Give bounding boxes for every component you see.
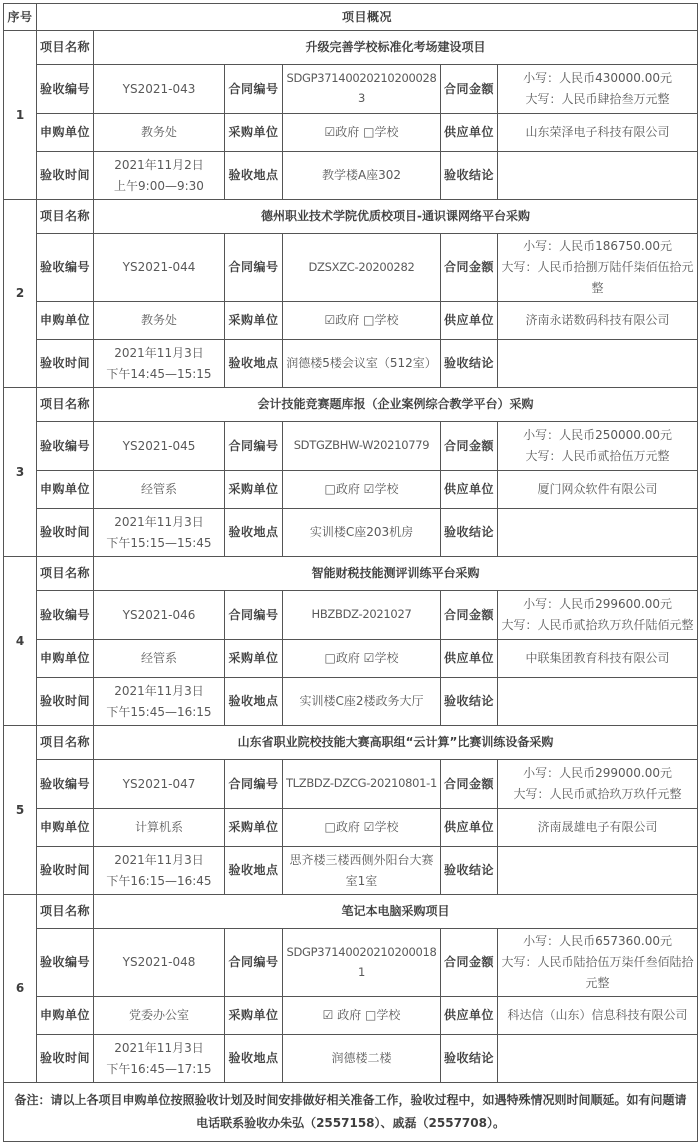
acceptance-time-range: 下午16:45—17:15: [96, 1059, 222, 1080]
codes-row: 验收编号 YS2021-043 合同编号 SDGP371400202102000…: [4, 65, 698, 114]
project-name-value: 笔记本电脑采购项目: [94, 895, 698, 929]
codes-row: 验收编号 YS2021-045 合同编号 SDTGZBHW-W20210779 …: [4, 422, 698, 471]
acceptance-no-label: 验收编号: [37, 591, 94, 640]
project-name-label: 项目名称: [37, 388, 94, 422]
acceptance-time-label: 验收时间: [37, 509, 94, 557]
acceptance-conclusion-label: 验收结论: [441, 340, 498, 388]
acceptance-place-label: 验收地点: [225, 340, 283, 388]
amount-numeric: 小写：人民币186750.00元: [501, 236, 694, 257]
acceptance-place-value: 教学楼A座302: [283, 152, 441, 200]
time-row: 验收时间 2021年11月3日 下午15:45—16:15 验收地点 实训楼C座…: [4, 678, 698, 726]
acceptance-date: 2021年11月3日: [96, 512, 222, 533]
contract-no-value: TLZBDZ-DZCG-20210801-1: [283, 760, 441, 809]
acceptance-place-value: 思齐楼三楼西侧外阳台大赛室1室: [283, 847, 441, 895]
amount-capital: 大写：人民币肆拾叁万元整: [501, 89, 694, 110]
purchasing-unit-label: 采购单位: [225, 302, 283, 340]
project-name-row: 4 项目名称 智能财税技能测评训练平台采购: [4, 557, 698, 591]
acceptance-time-range: 下午15:15—15:45: [96, 533, 222, 554]
requesting-unit-label: 申购单位: [37, 114, 94, 152]
note-row: 备注：请以上各项目申购单位按照验收计划及时间安排做好相关准备工作，验收过程中，如…: [4, 1083, 698, 1142]
contract-amount-value: 小写：人民币186750.00元 大写：人民币拾捌万陆仟柒佰伍拾元整: [498, 234, 698, 302]
time-row: 验收时间 2021年11月3日 下午14:45—15:15 验收地点 润德楼5楼…: [4, 340, 698, 388]
project-name-value: 智能财税技能测评训练平台采购: [94, 557, 698, 591]
time-row: 验收时间 2021年11月2日 上午9:00—9:30 验收地点 教学楼A座30…: [4, 152, 698, 200]
seq-cell: 1: [4, 31, 37, 200]
project-name-value: 山东省职业院校技能大赛高职组“云计算”比赛训练设备采购: [94, 726, 698, 760]
purchasing-unit-label: 采购单位: [225, 471, 283, 509]
units-row: 申购单位 教务处 采购单位 ☑政府 □学校 供应单位 山东荣泽电子科技有限公司: [4, 114, 698, 152]
seq-cell: 4: [4, 557, 37, 726]
project-name-row: 1 项目名称 升级完善学校标准化考场建设项目: [4, 31, 698, 65]
acceptance-no-value: YS2021-047: [94, 760, 225, 809]
supplier-label: 供应单位: [441, 114, 498, 152]
supplier-label: 供应单位: [441, 809, 498, 847]
acceptance-conclusion-label: 验收结论: [441, 152, 498, 200]
amount-numeric: 小写：人民币299600.00元: [501, 594, 694, 615]
supplier-value: 济南晟雄电子有限公司: [498, 809, 698, 847]
acceptance-no-label: 验收编号: [37, 422, 94, 471]
acceptance-time-range: 下午14:45—15:15: [96, 364, 222, 385]
amount-numeric: 小写：人民币430000.00元: [501, 68, 694, 89]
seq-cell: 5: [4, 726, 37, 895]
acceptance-no-value: YS2021-043: [94, 65, 225, 114]
supplier-value: 厦门网众软件有限公司: [498, 471, 698, 509]
acceptance-place-value: 润德楼二楼: [283, 1035, 441, 1083]
acceptance-conclusion-value: [498, 152, 698, 200]
project-name-value: 会计技能竞赛题库报（企业案例综合教学平台）采购: [94, 388, 698, 422]
amount-numeric: 小写：人民币299000.00元: [501, 763, 694, 784]
acceptance-time-value: 2021年11月3日 下午15:45—16:15: [94, 678, 225, 726]
seq-cell: 3: [4, 388, 37, 557]
acceptance-time-value: 2021年11月2日 上午9:00—9:30: [94, 152, 225, 200]
acceptance-time-range: 上午9:00—9:30: [96, 176, 222, 197]
requesting-unit-label: 申购单位: [37, 640, 94, 678]
acceptance-date: 2021年11月3日: [96, 1038, 222, 1059]
acceptance-time-range: 下午16:15—16:45: [96, 871, 222, 892]
purchasing-unit-label: 采购单位: [225, 114, 283, 152]
acceptance-conclusion-label: 验收结论: [441, 847, 498, 895]
amount-capital: 大写：人民币贰拾玖万玖仟陆佰元整: [501, 615, 694, 636]
contract-no-label: 合同编号: [225, 760, 283, 809]
contract-no-value: DZSXZC-20200282: [283, 234, 441, 302]
supplier-value: 山东荣泽电子科技有限公司: [498, 114, 698, 152]
requesting-unit-label: 申购单位: [37, 809, 94, 847]
project-name-row: 2 项目名称 德州职业技术学院优质校项目-通识课网络平台采购: [4, 200, 698, 234]
acceptance-no-value: YS2021-048: [94, 929, 225, 997]
project-name-row: 6 项目名称 笔记本电脑采购项目: [4, 895, 698, 929]
acceptance-time-value: 2021年11月3日 下午15:15—15:45: [94, 509, 225, 557]
contract-no-label: 合同编号: [225, 65, 283, 114]
acceptance-date: 2021年11月3日: [96, 850, 222, 871]
amount-capital: 大写：人民币贰拾伍万元整: [501, 446, 694, 467]
codes-row: 验收编号 YS2021-047 合同编号 TLZBDZ-DZCG-2021080…: [4, 760, 698, 809]
table-header-row: 序号 项目概况: [4, 4, 698, 31]
contract-amount-value: 小写：人民币299000.00元 大写：人民币贰拾玖万玖仟元整: [498, 760, 698, 809]
requesting-unit-label: 申购单位: [37, 471, 94, 509]
amount-capital: 大写：人民币贰拾玖万玖仟元整: [501, 784, 694, 805]
units-row: 申购单位 党委办公室 采购单位 ☑ 政府 □学校 供应单位 科达信（山东）信息科…: [4, 997, 698, 1035]
acceptance-place-label: 验收地点: [225, 152, 283, 200]
acceptance-no-label: 验收编号: [37, 760, 94, 809]
acceptance-place-value: 实训楼C座2楼政务大厅: [283, 678, 441, 726]
amount-capital: 大写：人民币陆拾伍万柒仟叁佰陆拾元整: [501, 952, 694, 994]
contract-no-label: 合同编号: [225, 591, 283, 640]
codes-row: 验收编号 YS2021-046 合同编号 HBZBDZ-2021027 合同金额…: [4, 591, 698, 640]
acceptance-no-label: 验收编号: [37, 234, 94, 302]
time-row: 验收时间 2021年11月3日 下午16:15—16:45 验收地点 思齐楼三楼…: [4, 847, 698, 895]
amount-capital: 大写：人民币拾捌万陆仟柒佰伍拾元整: [501, 257, 694, 299]
acceptance-conclusion-value: [498, 509, 698, 557]
acceptance-date: 2021年11月3日: [96, 681, 222, 702]
units-row: 申购单位 教务处 采购单位 ☑政府 □学校 供应单位 济南永诺数码科技有限公司: [4, 302, 698, 340]
contract-amount-value: 小写：人民币299600.00元 大写：人民币贰拾玖万玖仟陆佰元整: [498, 591, 698, 640]
contract-amount-label: 合同金额: [441, 929, 498, 997]
requesting-unit-label: 申购单位: [37, 302, 94, 340]
amount-numeric: 小写：人民币657360.00元: [501, 931, 694, 952]
acceptance-place-label: 验收地点: [225, 509, 283, 557]
supplier-label: 供应单位: [441, 640, 498, 678]
supplier-label: 供应单位: [441, 997, 498, 1035]
time-row: 验收时间 2021年11月3日 下午16:45—17:15 验收地点 润德楼二楼…: [4, 1035, 698, 1083]
purchasing-unit-value: □政府 ☑学校: [283, 640, 441, 678]
project-name-label: 项目名称: [37, 726, 94, 760]
time-row: 验收时间 2021年11月3日 下午15:15—15:45 验收地点 实训楼C座…: [4, 509, 698, 557]
acceptance-time-range: 下午15:45—16:15: [96, 702, 222, 723]
acceptance-place-value: 润德楼5楼会议室（512室）: [283, 340, 441, 388]
acceptance-time-value: 2021年11月3日 下午16:15—16:45: [94, 847, 225, 895]
contract-no-value: SDGP371400202102000181: [283, 929, 441, 997]
acceptance-no-label: 验收编号: [37, 929, 94, 997]
note-cell: 备注：请以上各项目申购单位按照验收计划及时间安排做好相关准备工作，验收过程中，如…: [4, 1083, 698, 1142]
codes-row: 验收编号 YS2021-048 合同编号 SDGP371400202102000…: [4, 929, 698, 997]
contract-no-label: 合同编号: [225, 234, 283, 302]
acceptance-conclusion-label: 验收结论: [441, 678, 498, 726]
supplier-value: 科达信（山东）信息科技有限公司: [498, 997, 698, 1035]
acceptance-schedule-table: 序号 项目概况 1 项目名称 升级完善学校标准化考场建设项目 验收编号 YS20…: [3, 3, 698, 1142]
acceptance-no-label: 验收编号: [37, 65, 94, 114]
purchasing-unit-value: ☑政府 □学校: [283, 114, 441, 152]
purchasing-unit-value: ☑ 政府 □学校: [283, 997, 441, 1035]
acceptance-conclusion-value: [498, 678, 698, 726]
acceptance-time-value: 2021年11月3日 下午14:45—15:15: [94, 340, 225, 388]
contract-amount-value: 小写：人民币250000.00元 大写：人民币贰拾伍万元整: [498, 422, 698, 471]
acceptance-conclusion-label: 验收结论: [441, 509, 498, 557]
supplier-label: 供应单位: [441, 302, 498, 340]
table-body: 序号 项目概况 1 项目名称 升级完善学校标准化考场建设项目 验收编号 YS20…: [4, 4, 698, 1142]
project-name-label: 项目名称: [37, 895, 94, 929]
supplier-value: 济南永诺数码科技有限公司: [498, 302, 698, 340]
acceptance-conclusion-value: [498, 1035, 698, 1083]
project-name-row: 3 项目名称 会计技能竞赛题库报（企业案例综合教学平台）采购: [4, 388, 698, 422]
contract-no-label: 合同编号: [225, 422, 283, 471]
codes-row: 验收编号 YS2021-044 合同编号 DZSXZC-20200282 合同金…: [4, 234, 698, 302]
acceptance-place-label: 验收地点: [225, 678, 283, 726]
acceptance-time-label: 验收时间: [37, 847, 94, 895]
acceptance-conclusion-value: [498, 847, 698, 895]
requesting-unit-value: 教务处: [94, 114, 225, 152]
project-name-value: 升级完善学校标准化考场建设项目: [94, 31, 698, 65]
requesting-unit-value: 教务处: [94, 302, 225, 340]
amount-numeric: 小写：人民币250000.00元: [501, 425, 694, 446]
acceptance-time-value: 2021年11月3日 下午16:45—17:15: [94, 1035, 225, 1083]
acceptance-conclusion-label: 验收结论: [441, 1035, 498, 1083]
acceptance-time-label: 验收时间: [37, 1035, 94, 1083]
requesting-unit-label: 申购单位: [37, 997, 94, 1035]
acceptance-date: 2021年11月2日: [96, 155, 222, 176]
units-row: 申购单位 经管系 采购单位 □政府 ☑学校 供应单位 中联集团教育科技有限公司: [4, 640, 698, 678]
acceptance-place-value: 实训楼C座203机房: [283, 509, 441, 557]
acceptance-time-label: 验收时间: [37, 152, 94, 200]
project-name-value: 德州职业技术学院优质校项目-通识课网络平台采购: [94, 200, 698, 234]
contract-amount-label: 合同金额: [441, 591, 498, 640]
purchasing-unit-label: 采购单位: [225, 640, 283, 678]
acceptance-place-label: 验收地点: [225, 1035, 283, 1083]
contract-amount-label: 合同金额: [441, 234, 498, 302]
contract-amount-value: 小写：人民币657360.00元 大写：人民币陆拾伍万柒仟叁佰陆拾元整: [498, 929, 698, 997]
acceptance-time-label: 验收时间: [37, 678, 94, 726]
supplier-label: 供应单位: [441, 471, 498, 509]
acceptance-date: 2021年11月3日: [96, 343, 222, 364]
project-name-label: 项目名称: [37, 200, 94, 234]
page: 序号 项目概况 1 项目名称 升级完善学校标准化考场建设项目 验收编号 YS20…: [0, 0, 700, 1142]
contract-amount-value: 小写：人民币430000.00元 大写：人民币肆拾叁万元整: [498, 65, 698, 114]
requesting-unit-value: 党委办公室: [94, 997, 225, 1035]
contract-no-value: SDTGZBHW-W20210779: [283, 422, 441, 471]
acceptance-no-value: YS2021-045: [94, 422, 225, 471]
requesting-unit-value: 经管系: [94, 640, 225, 678]
project-name-label: 项目名称: [37, 31, 94, 65]
acceptance-place-label: 验收地点: [225, 847, 283, 895]
seq-cell: 2: [4, 200, 37, 388]
overview-header-cell: 项目概况: [37, 4, 698, 31]
contract-amount-label: 合同金额: [441, 65, 498, 114]
purchasing-unit-label: 采购单位: [225, 997, 283, 1035]
contract-no-label: 合同编号: [225, 929, 283, 997]
acceptance-no-value: YS2021-046: [94, 591, 225, 640]
purchasing-unit-label: 采购单位: [225, 809, 283, 847]
acceptance-conclusion-value: [498, 340, 698, 388]
contract-no-value: SDGP371400202102000283: [283, 65, 441, 114]
supplier-value: 中联集团教育科技有限公司: [498, 640, 698, 678]
contract-no-value: HBZBDZ-2021027: [283, 591, 441, 640]
purchasing-unit-value: □政府 ☑学校: [283, 471, 441, 509]
acceptance-no-value: YS2021-044: [94, 234, 225, 302]
requesting-unit-value: 计算机系: [94, 809, 225, 847]
project-name-row: 5 项目名称 山东省职业院校技能大赛高职组“云计算”比赛训练设备采购: [4, 726, 698, 760]
requesting-unit-value: 经管系: [94, 471, 225, 509]
contract-amount-label: 合同金额: [441, 422, 498, 471]
purchasing-unit-value: □政府 ☑学校: [283, 809, 441, 847]
seq-cell: 6: [4, 895, 37, 1083]
acceptance-time-label: 验收时间: [37, 340, 94, 388]
units-row: 申购单位 计算机系 采购单位 □政府 ☑学校 供应单位 济南晟雄电子有限公司: [4, 809, 698, 847]
units-row: 申购单位 经管系 采购单位 □政府 ☑学校 供应单位 厦门网众软件有限公司: [4, 471, 698, 509]
seq-header-cell: 序号: [4, 4, 37, 31]
contract-amount-label: 合同金额: [441, 760, 498, 809]
purchasing-unit-value: ☑政府 □学校: [283, 302, 441, 340]
project-name-label: 项目名称: [37, 557, 94, 591]
